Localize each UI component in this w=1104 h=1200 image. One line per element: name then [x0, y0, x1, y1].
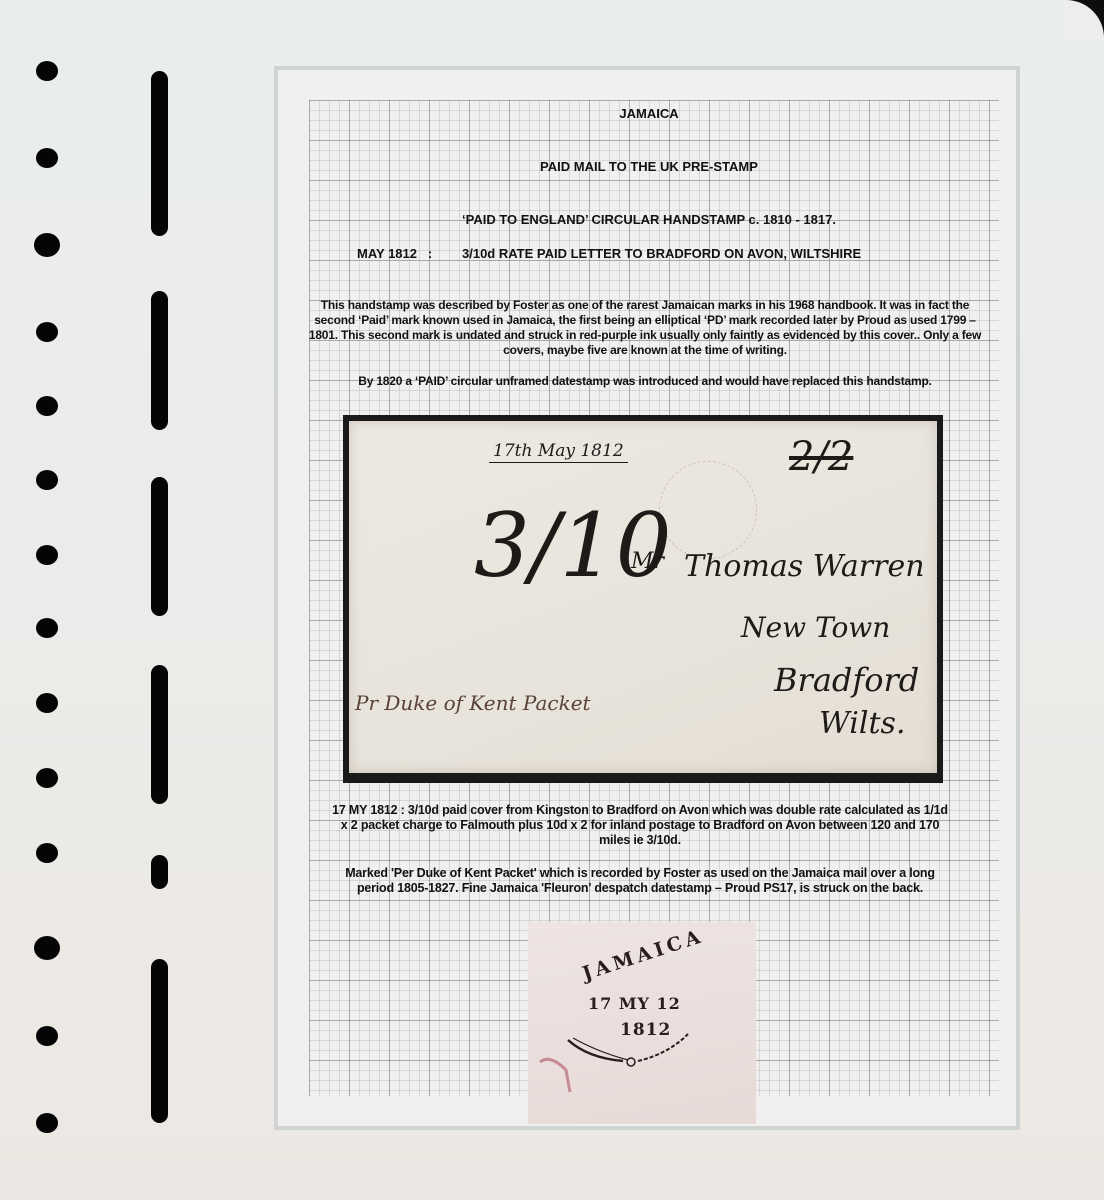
- backstamp-year: 1812: [620, 1020, 671, 1040]
- section-heading: ‘PAID TO ENGLAND’ CIRCULAR HANDSTAMP c. …: [276, 212, 1022, 227]
- addressee-prefix: Mr: [631, 549, 664, 574]
- manuscript-date: 17th May 1812: [489, 441, 628, 463]
- punch-hole: [36, 148, 58, 168]
- ship-endorsement: Pr Duke of Kent Packet: [355, 691, 591, 715]
- punch-hole: [36, 396, 58, 416]
- page-title: JAMAICA: [276, 106, 1022, 121]
- binder-slot: [151, 665, 168, 804]
- punch-hole: [36, 843, 58, 863]
- cover-description: 17 MY 1812 : 3/10d paid cover from Kings…: [330, 803, 950, 848]
- punch-hole: [36, 1026, 58, 1046]
- binder-slot: [151, 855, 168, 889]
- binder-slot: [151, 477, 168, 616]
- paid-handstamp-faint: [659, 461, 757, 559]
- cover-mount: 17th May 1812 2/2 3/10 Mr Thomas Warren …: [343, 415, 943, 783]
- address-line-3: Wilts.: [819, 706, 905, 741]
- address-line-2: Bradford: [774, 661, 919, 699]
- binder-slot: [151, 291, 168, 430]
- manuscript-rate-crossed: 2/2: [789, 435, 853, 479]
- item-heading-date: MAY 1812 :: [357, 246, 432, 261]
- punch-hole: [36, 470, 58, 490]
- punch-hole: [36, 768, 58, 788]
- manuscript-rate: 3/10: [474, 496, 672, 596]
- punch-hole: [36, 693, 58, 713]
- intro-paragraph: This handstamp was described by Foster a…: [300, 298, 990, 358]
- binder-corner: [1064, 0, 1104, 40]
- punch-hole: [36, 61, 58, 81]
- punch-hole: [34, 233, 60, 257]
- punch-hole: [36, 618, 58, 638]
- cover-image: 17th May 1812 2/2 3/10 Mr Thomas Warren …: [349, 421, 937, 773]
- punch-hole: [36, 1113, 58, 1133]
- note-paragraph: By 1820 a ‘PAID’ circular unframed dates…: [300, 374, 990, 389]
- binder-slot: [151, 959, 168, 1123]
- addressee-name: Thomas Warren: [684, 549, 925, 584]
- item-heading-description: 3/10d RATE PAID LETTER TO BRADFORD ON AV…: [462, 246, 861, 261]
- packet-description: Marked 'Per Duke of Kent Packet' which i…: [330, 866, 950, 896]
- punch-hole: [34, 936, 60, 960]
- address-line-1: New Town: [741, 611, 890, 644]
- page-subtitle: PAID MAIL TO THE UK PRE-STAMP: [276, 159, 1022, 174]
- binder-slot: [151, 71, 168, 236]
- backstamp-date: 17 MY 12: [588, 994, 681, 1013]
- punch-hole: [36, 322, 58, 342]
- punch-hole: [36, 545, 58, 565]
- backstamp-image: JAMAICA 17 MY 12 1812: [528, 922, 756, 1124]
